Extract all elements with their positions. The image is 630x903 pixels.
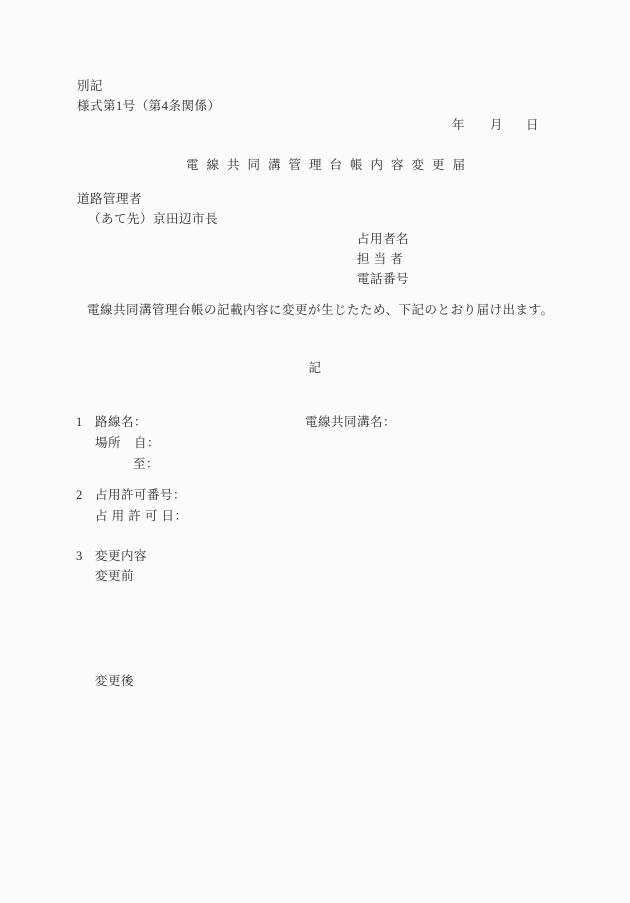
document-title: 電線共同溝管理台帳内容変更届: [186, 159, 473, 172]
location-to-label: 至：: [133, 458, 159, 471]
change-before-label: 変更前: [95, 570, 134, 583]
date-month-label: 月: [490, 119, 503, 132]
addressee-line: （あて先）京田辺市長: [88, 213, 218, 226]
section1-number: 1: [76, 416, 83, 429]
permit-date-label: 占 用 許 可 日：: [95, 510, 188, 523]
attachment-note: 別記: [77, 80, 103, 93]
section2-number: 2: [76, 489, 83, 502]
section3-number: 3: [76, 550, 83, 563]
change-content-heading: 変更内容: [95, 550, 147, 563]
occupant-name-label: 占用者名: [357, 233, 409, 246]
form-number: 様式第1号（第4条関係）: [77, 100, 221, 113]
road-administrator-label: 道路管理者: [77, 193, 142, 206]
date-year-label: 年: [452, 119, 465, 132]
document-page: 別記 様式第1号（第4条関係） 年 月 日 電線共同溝管理台帳内容変更届 道路管…: [0, 0, 630, 903]
location-from-label: 場所 自：: [95, 437, 160, 450]
record-heading: 記: [0, 362, 630, 375]
notification-statement: 電線共同溝管理台帳の記載内容に変更が生じたため、下記のとおり届け出ます。: [87, 304, 554, 317]
conduit-name-label: 電線共同溝名：: [305, 416, 396, 429]
permit-number-label: 占用許可番号：: [95, 489, 186, 502]
contact-person-label: 担 当 者: [357, 253, 403, 266]
route-name-label: 路線名：: [95, 416, 147, 429]
date-day-label: 日: [526, 119, 539, 132]
phone-number-label: 電話番号: [357, 273, 409, 286]
change-after-label: 変更後: [95, 675, 134, 688]
